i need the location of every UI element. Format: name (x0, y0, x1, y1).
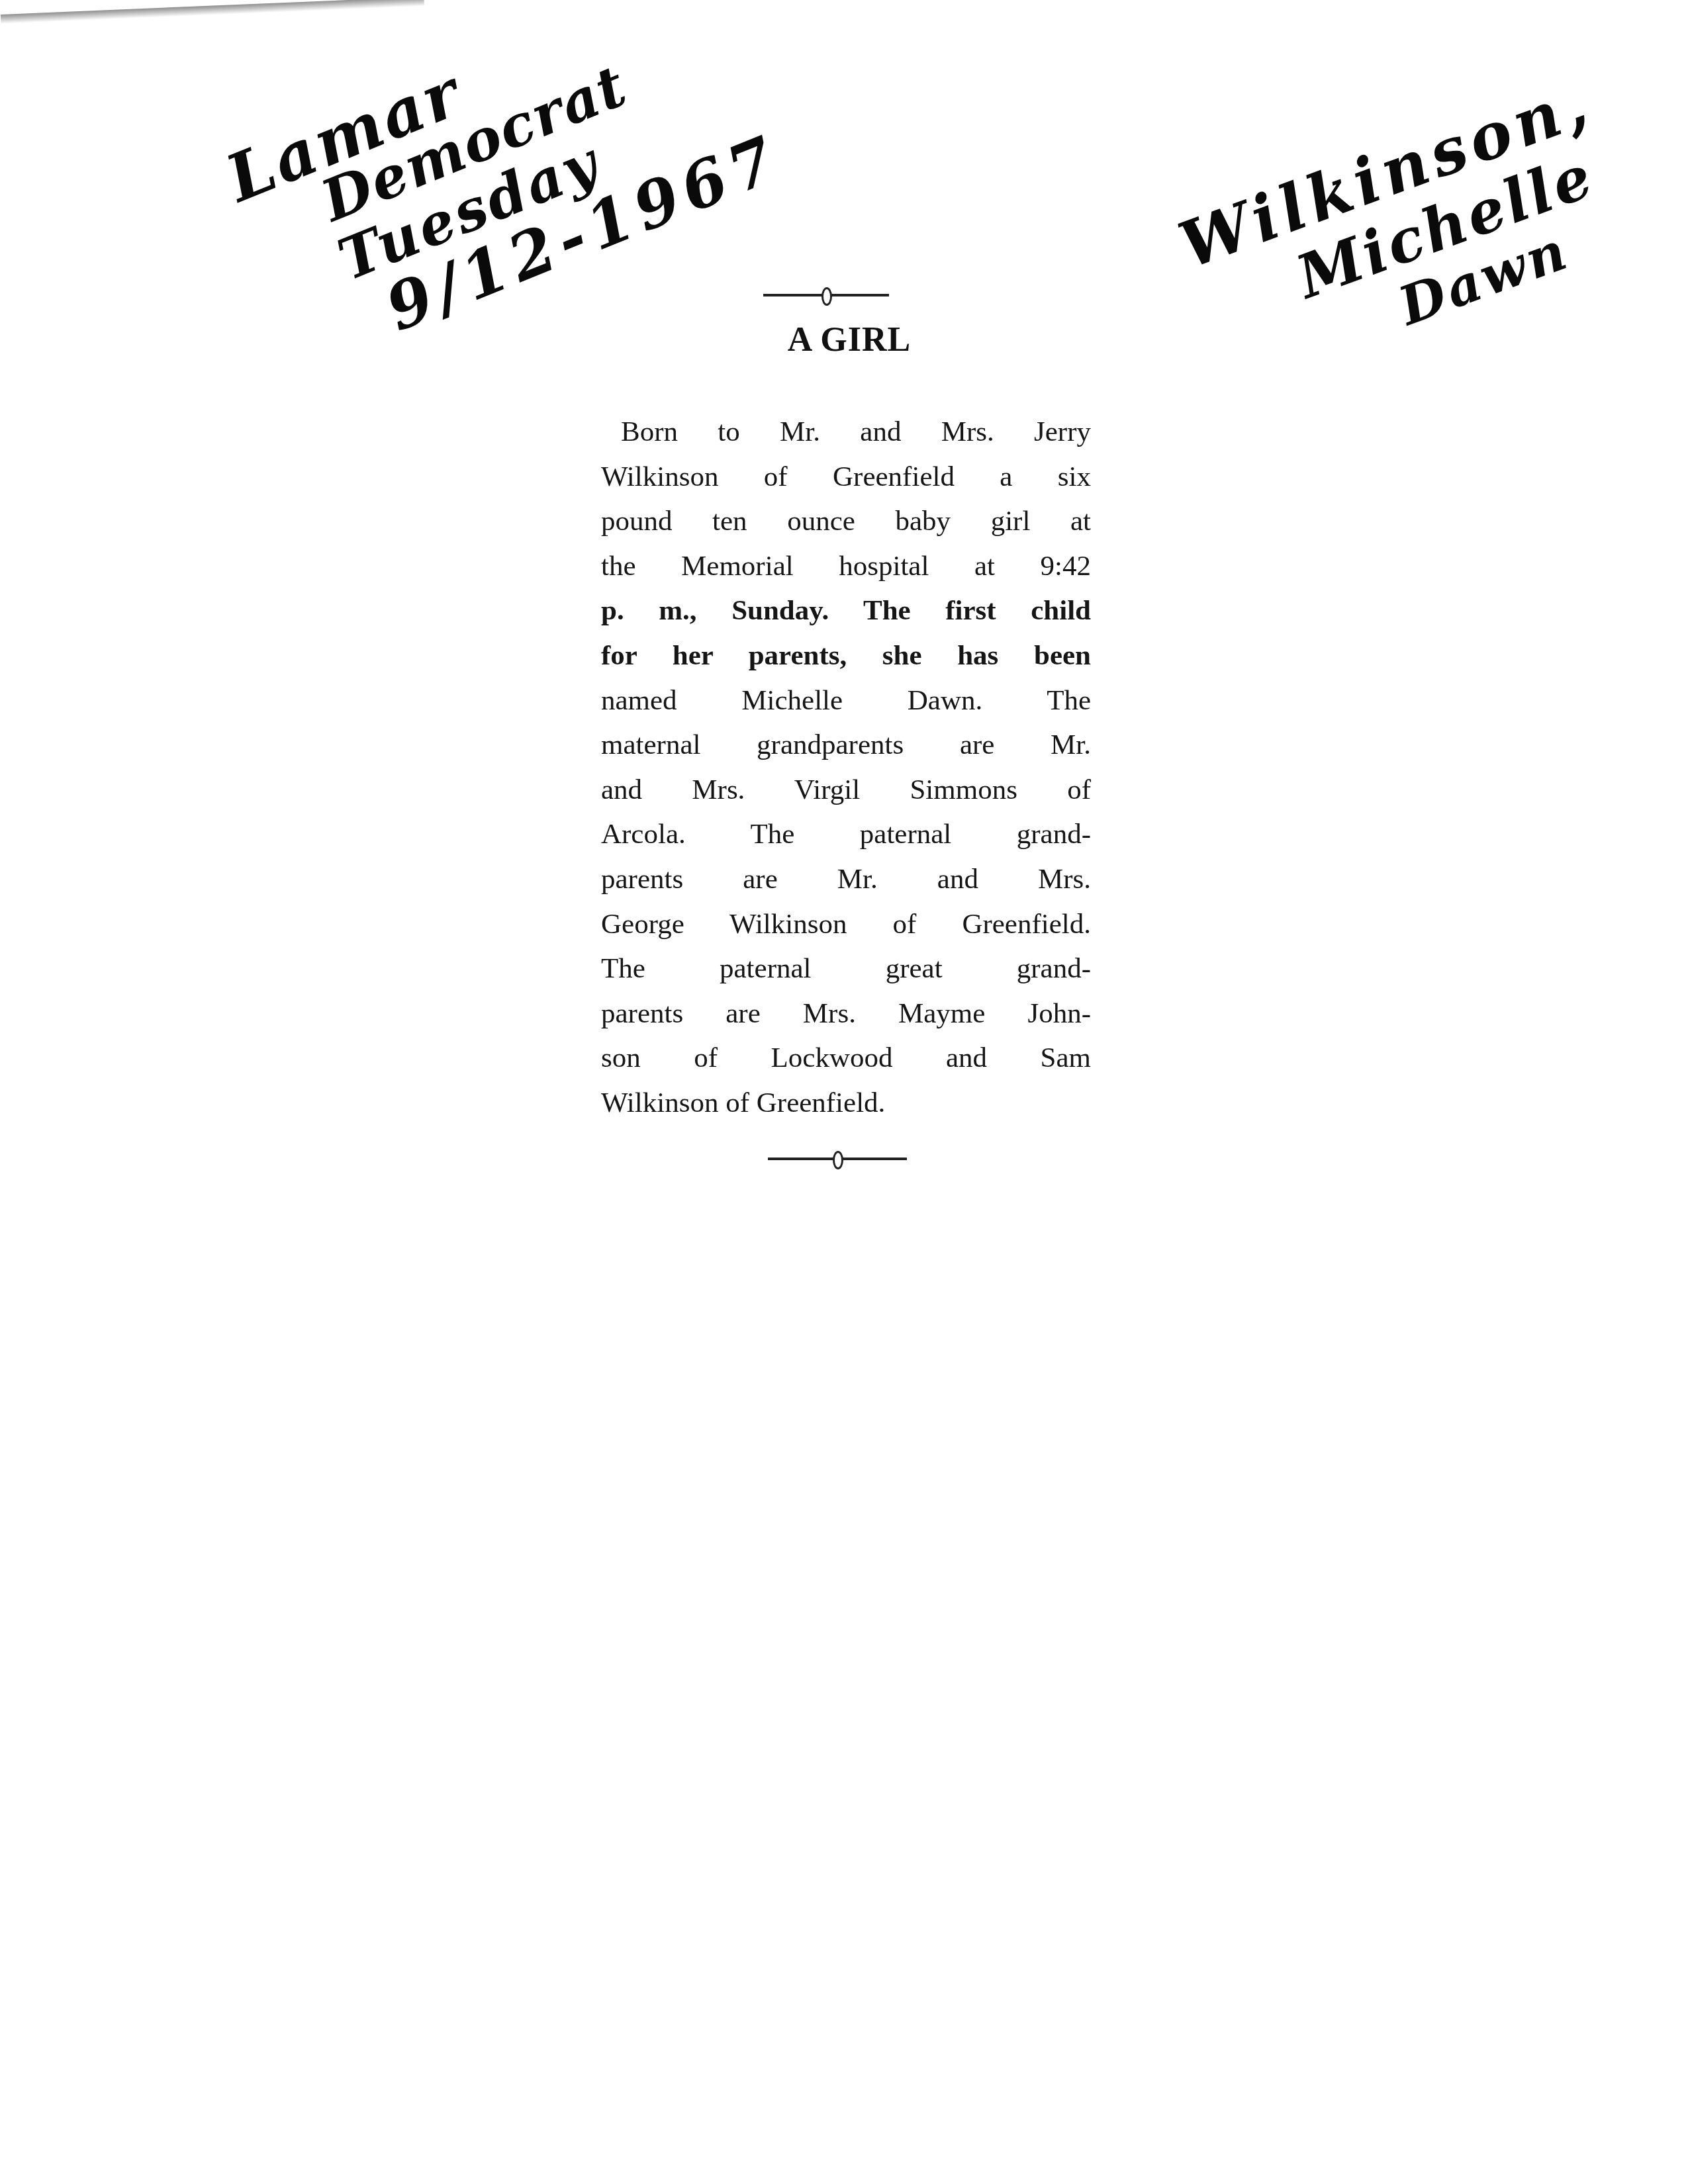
rule-knot-icon (821, 287, 832, 306)
body-line: named Michelle Dawn. The (601, 678, 1091, 723)
body-line: the Memorial hospital at 9:42 (601, 544, 1091, 589)
body-line: Wilkinson of Greenfield. (601, 1081, 1091, 1126)
body-line: Arcola. The paternal grand- (601, 812, 1091, 857)
body-line: Born to Mr. and Mrs. Jerry (601, 410, 1091, 455)
ornamental-rule-bottom (768, 1148, 907, 1168)
body-line: for her parents, she has been (601, 633, 1091, 678)
body-line: p. m., Sunday. The first child (601, 588, 1091, 633)
rule-knot-icon (833, 1151, 843, 1169)
body-line: Wilkinson of Greenfield a six (601, 455, 1091, 500)
scan-edge-shadow (1, 0, 424, 24)
body-line: The paternal great grand- (601, 946, 1091, 991)
body-line: and Mrs. Virgil Simmons of (601, 768, 1091, 813)
clipping-headline: A GIRL (594, 320, 1104, 359)
ornamental-rule-top (763, 285, 889, 304)
body-line: pound ten ounce baby girl at (601, 499, 1091, 544)
body-line: parents are Mrs. Mayme John- (601, 991, 1091, 1036)
body-line: maternal grandparents are Mr. (601, 723, 1091, 768)
newspaper-clipping: A GIRL Born to Mr. and Mrs. Jerry Wilkin… (583, 285, 1105, 1168)
clipping-body: Born to Mr. and Mrs. Jerry Wilkinson of … (601, 410, 1091, 1126)
body-line: son of Lockwood and Sam (601, 1036, 1091, 1081)
body-line: George Wilkinson of Greenfield. (601, 902, 1091, 947)
body-line: parents are Mr. and Mrs. (601, 857, 1091, 902)
handwritten-subject-note: Wilkinson, Michelle Dawn (1172, 71, 1643, 396)
